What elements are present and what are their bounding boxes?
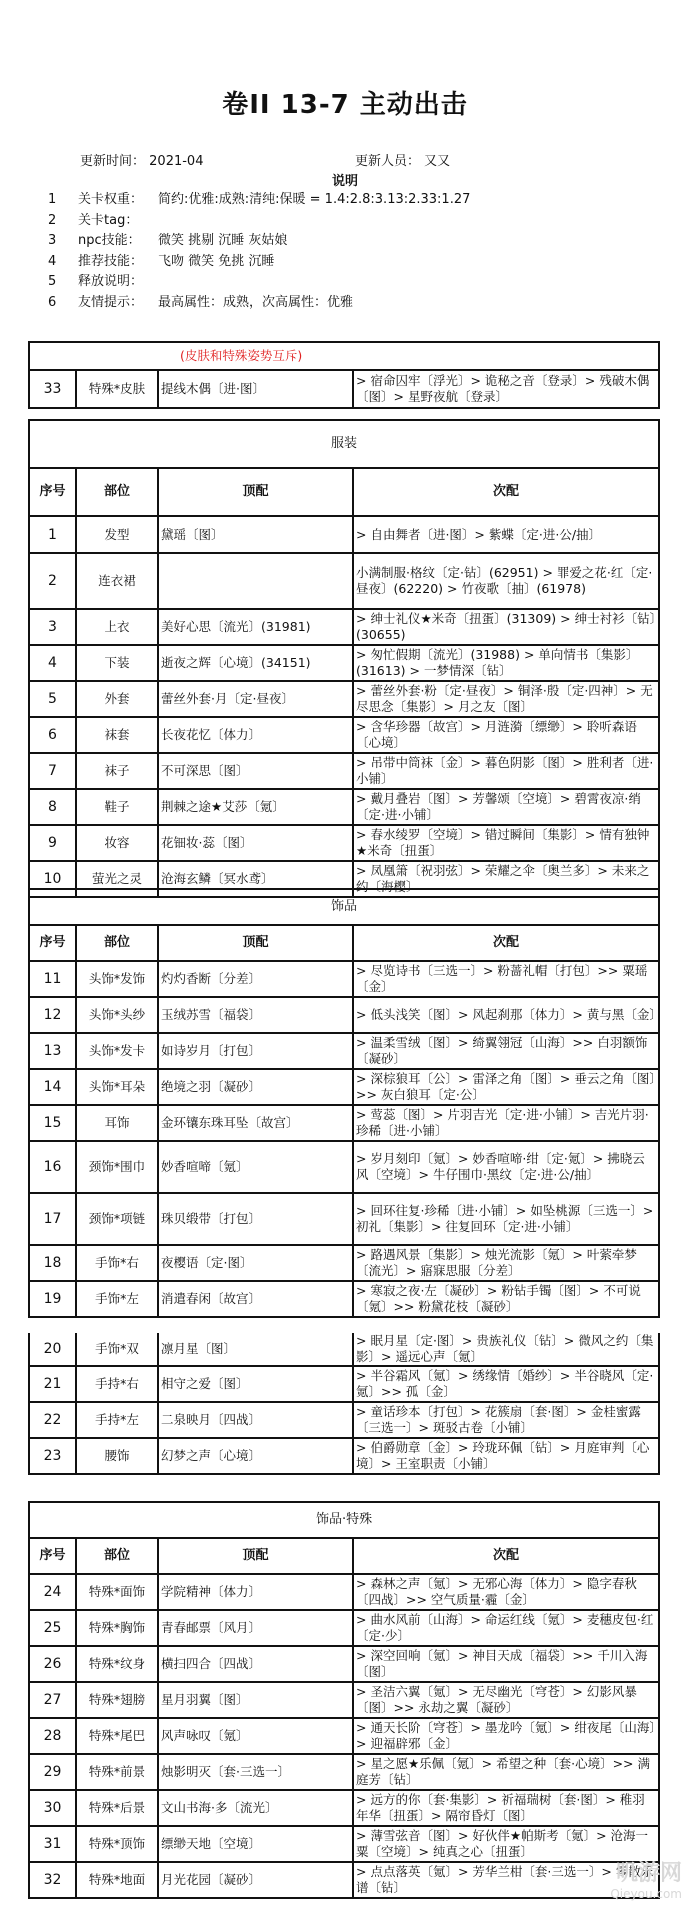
section-title-row: 饰品·特殊 — [29, 1502, 659, 1538]
header-row: 序号 部位 顶配 次配 — [29, 1538, 659, 1574]
row-top: 夜樱语〔定·图〕 — [158, 1245, 353, 1281]
row-part: 头饰*头纱 — [76, 997, 158, 1033]
section-title: 服装 — [29, 420, 659, 468]
row-top: 消遣春闲〔故宫〕 — [158, 1281, 353, 1317]
row-sub: > 曲水风前〔山海〕> 命运红线〔氪〕> 麦穗皮包·红〔定·少〕 — [353, 1610, 659, 1646]
row-num: 22 — [29, 1402, 76, 1438]
table-row: 2连衣裙小满制服·格纹〔定·钻〕(62951) > 罪爱之花·红〔定·昼夜〕(6… — [29, 553, 659, 609]
table-row: 25特殊*胸饰青春邮票〔风月〕> 曲水风前〔山海〕> 命运红线〔氪〕> 麦穗皮包… — [29, 1610, 659, 1646]
row-sub: > 岁月刻印〔氪〕> 妙香喧啼·绀〔定·氪〕> 拂晓云风〔空境〕> 牛仔围巾·黑… — [353, 1141, 659, 1193]
row-num: 19 — [29, 1281, 76, 1317]
row-num: 32 — [29, 1862, 76, 1898]
row-top: 相守之爱〔图〕 — [158, 1366, 353, 1402]
row-sub: > 深空回响〔氪〕> 神目天成〔福袋〕>> 千川入海〔图〕 — [353, 1646, 659, 1682]
row-sub: > 绅士礼仪★米奇〔扭蛋〕(31309) > 绅士衬衫〔钻〕(30655) — [353, 609, 659, 645]
clothing-table: 服装 序号 部位 顶配 次配 1发型黛瑶〔图〕> 自由舞者〔进·图〕> 紫蝶〔定… — [28, 419, 660, 898]
row-sub: > 回环往复·珍稀〔进·小铺〕> 如坠桃源〔三选一〕> 初礼〔集影〕> 往复回环… — [353, 1193, 659, 1245]
row-top: 如诗岁月〔打包〕 — [158, 1033, 353, 1069]
row-sub: > 尽览诗书〔三选一〕> 粉蔷礼帽〔打包〕>> 粟瑶〔金〕 — [353, 961, 659, 997]
col-header-num: 序号 — [29, 925, 76, 961]
row-part: 头饰*耳朵 — [76, 1069, 158, 1105]
notes-list: 1关卡权重：简约:优雅:成熟:清纯:保暖 = 1.4:2.8:3.13:2.33… — [40, 190, 470, 313]
row-top: 提线木偶〔进·图〕 — [158, 370, 353, 408]
note-value: 简约:优雅:成熟:清纯:保暖 = 1.4:2.8:3.13:2.33:1.27 — [158, 190, 470, 211]
accessories-table: 饰品 序号 部位 顶配 次配 11头饰*发饰灼灼香断〔分差〕> 尽览诗书〔三选一… — [28, 888, 660, 1318]
watermark-sub: Qieyou.com — [562, 1887, 682, 1901]
section-title-row: 服装 — [29, 420, 659, 468]
row-top: 长夜花忆〔体力〕 — [158, 717, 353, 753]
row-top: 月光花园〔凝砂〕 — [158, 1862, 353, 1898]
row-part: 特殊*翅膀 — [76, 1682, 158, 1718]
note-item: 6友情提示：最高属性：成熟，次高属性：优雅 — [40, 293, 470, 314]
row-num: 16 — [29, 1141, 76, 1193]
note-item: 2关卡tag： — [40, 211, 470, 232]
note-label: 关卡tag： — [78, 211, 158, 232]
note-num: 1 — [40, 190, 78, 211]
row-top: 黛瑶〔图〕 — [158, 516, 353, 553]
note-label: 友情提示： — [78, 293, 158, 314]
row-sub: > 温柔雪绒〔图〕> 绮翼翎冠〔山海〕>> 白羽额饰〔凝砂〕 — [353, 1033, 659, 1069]
row-top: 二泉映月〔四战〕 — [158, 1402, 353, 1438]
row-num: 24 — [29, 1574, 76, 1610]
col-header-sub: 次配 — [353, 1538, 659, 1574]
table-row: 9妆容花钿妆·蕊〔图〕> 春水绫罗〔空境〕> 错过瞬间〔集影〕> 情有独钟★米奇… — [29, 825, 659, 861]
row-part: 特殊*后景 — [76, 1790, 158, 1826]
row-part: 鞋子 — [76, 789, 158, 825]
row-part: 手持*右 — [76, 1366, 158, 1402]
note-num: 3 — [40, 231, 78, 252]
row-sub: 小满制服·格纹〔定·钻〕(62951) > 罪爱之花·红〔定·昼夜〕(62220… — [353, 553, 659, 609]
row-sub: > 通天长阶〔穹苍〕> 墨龙吟〔氪〕> 绀夜尾〔山海〕> 迎福辟邪〔金〕 — [353, 1718, 659, 1754]
row-top: 文山书海·多〔流光〕 — [158, 1790, 353, 1826]
row-part: 手饰*右 — [76, 1245, 158, 1281]
col-header-num: 序号 — [29, 468, 76, 516]
row-part: 外套 — [76, 681, 158, 717]
note-num: 2 — [40, 211, 78, 232]
row-num: 4 — [29, 645, 76, 681]
row-part: 特殊*面饰 — [76, 1574, 158, 1610]
note-value: 飞吻 微笑 免挑 沉睡 — [158, 252, 274, 273]
table-row: 8鞋子荆棘之途★艾莎〔氪〕> 戴月叠岩〔图〕> 芳馨颂〔空境〕> 碧霄夜凉·绡〔… — [29, 789, 659, 825]
row-part: 发型 — [76, 516, 158, 553]
row-part: 连衣裙 — [76, 553, 158, 609]
row-part: 袜子 — [76, 753, 158, 789]
row-part: 特殊*顶饰 — [76, 1826, 158, 1862]
table-row: 1发型黛瑶〔图〕> 自由舞者〔进·图〕> 紫蝶〔定·进·公/抽〕 — [29, 516, 659, 553]
row-top: 凛月星〔图〕 — [158, 1333, 353, 1366]
section-title: 饰品 — [29, 889, 659, 925]
row-top: 妙香喧啼〔氪〕 — [158, 1141, 353, 1193]
table-row: 26特殊*纹身横扫四合〔四战〕> 深空回响〔氪〕> 神目天成〔福袋〕>> 千川入… — [29, 1646, 659, 1682]
col-header-top: 顶配 — [158, 925, 353, 961]
row-part: 头饰*发饰 — [76, 961, 158, 997]
row-top: 绝境之羽〔凝砂〕 — [158, 1069, 353, 1105]
note-value: 微笑 挑剔 沉睡 灰姑娘 — [158, 231, 287, 252]
row-sub: > 自由舞者〔进·图〕> 紫蝶〔定·进·公/抽〕 — [353, 516, 659, 553]
skin-table: (皮肤和特殊姿势互斥) 33 特殊*皮肤 提线木偶〔进·图〕 > 宿命囚牢〔浮光… — [28, 341, 660, 409]
table-row: 13头饰*发卡如诗岁月〔打包〕> 温柔雪绒〔图〕> 绮翼翎冠〔山海〕>> 白羽额… — [29, 1033, 659, 1069]
note-item: 4推荐技能：飞吻 微笑 免挑 沉睡 — [40, 252, 470, 273]
row-sub: > 蕾丝外套·粉〔定·昼夜〕> 铜泽·殷〔定·四神〕> 无尽思念〔集影〕> 月之… — [353, 681, 659, 717]
row-sub: > 星之愿★乐佩〔氪〕> 希望之种〔套·心境〕>> 满庭芳〔钻〕 — [353, 1754, 659, 1790]
row-part: 手持*左 — [76, 1402, 158, 1438]
row-num: 25 — [29, 1610, 76, 1646]
row-sub: > 寒寂之夜·左〔凝砂〕> 粉钻手镯〔图〕> 不可说〔氪〕>> 粉黛花枝〔凝砂〕 — [353, 1281, 659, 1317]
skin-exclusive-note: (皮肤和特殊姿势互斥) — [29, 342, 659, 370]
row-num: 11 — [29, 961, 76, 997]
row-num: 33 — [29, 370, 76, 408]
row-part: 特殊*前景 — [76, 1754, 158, 1790]
col-header-top: 顶配 — [158, 468, 353, 516]
row-part: 腰饰 — [76, 1438, 158, 1474]
row-part: 特殊*尾巴 — [76, 1718, 158, 1754]
row-sub: > 莺蕊〔图〕> 片羽吉光〔定·进·小铺〕> 吉光片羽·珍稀〔进·小铺〕 — [353, 1105, 659, 1141]
table-row: 3上衣美好心思〔流光〕(31981)> 绅士礼仪★米奇〔扭蛋〕(31309) >… — [29, 609, 659, 645]
row-top — [158, 553, 353, 609]
updater: 更新人员： 又又 — [355, 150, 450, 169]
row-sub: > 路遇风景〔集影〕> 烛光流影〔氪〕> 叶萦牵梦〔流光〕> 寤寐思服〔分差〕 — [353, 1245, 659, 1281]
note-item: 3npc技能：微笑 挑剔 沉睡 灰姑娘 — [40, 231, 470, 252]
row-top: 玉绒苏雪〔福袋〕 — [158, 997, 353, 1033]
row-sub: > 含华珍器〔故宫〕> 月涟漪〔缥缈〕> 聆听森语〔心境〕 — [353, 717, 659, 753]
table-row: 29特殊*前景烛影明灭〔套·三选一〕> 星之愿★乐佩〔氪〕> 希望之种〔套·心境… — [29, 1754, 659, 1790]
row-part: 手饰*左 — [76, 1281, 158, 1317]
row-part: 颈饰*项链 — [76, 1193, 158, 1245]
col-header-part: 部位 — [76, 1538, 158, 1574]
table-row: 5外套蕾丝外套·月〔定·昼夜〕> 蕾丝外套·粉〔定·昼夜〕> 铜泽·殷〔定·四神… — [29, 681, 659, 717]
row-part: 特殊*胸饰 — [76, 1610, 158, 1646]
row-num: 21 — [29, 1366, 76, 1402]
header-row: 序号 部位 顶配 次配 — [29, 925, 659, 961]
row-num: 3 — [29, 609, 76, 645]
table-row: 6袜套长夜花忆〔体力〕> 含华珍器〔故宫〕> 月涟漪〔缥缈〕> 聆听森语〔心境〕 — [29, 717, 659, 753]
site-watermark: 叽游网 Qieyou.com — [562, 1856, 682, 1916]
table-row: 12头饰*头纱玉绒苏雪〔福袋〕> 低头浅笑〔图〕> 风起刹那〔体力〕> 黄与黑〔… — [29, 997, 659, 1033]
row-top: 珠贝缎带〔打包〕 — [158, 1193, 353, 1245]
row-num: 14 — [29, 1069, 76, 1105]
row-part: 特殊*皮肤 — [76, 370, 158, 408]
col-header-top: 顶配 — [158, 1538, 353, 1574]
row-num: 1 — [29, 516, 76, 553]
table-row: 21手持*右相守之爱〔图〕> 半谷霜风〔氪〕> 绣缘情〔婚纱〕> 半谷晓风〔定·… — [29, 1366, 659, 1402]
row-num: 17 — [29, 1193, 76, 1245]
row-part: 手饰*双 — [76, 1333, 158, 1366]
row-part: 上衣 — [76, 609, 158, 645]
table-row: 14头饰*耳朵绝境之羽〔凝砂〕> 深棕狼耳〔公〕> 雷泽之角〔图〕> 垂云之角〔… — [29, 1069, 659, 1105]
row-part: 特殊*地面 — [76, 1862, 158, 1898]
row-top: 蕾丝外套·月〔定·昼夜〕 — [158, 681, 353, 717]
table-row: 18手饰*右夜樱语〔定·图〕> 路遇风景〔集影〕> 烛光流影〔氪〕> 叶萦牵梦〔… — [29, 1245, 659, 1281]
row-num: 28 — [29, 1718, 76, 1754]
col-header-sub: 次配 — [353, 925, 659, 961]
table-row: 19手饰*左消遣春闲〔故宫〕> 寒寂之夜·左〔凝砂〕> 粉钻手镯〔图〕> 不可说… — [29, 1281, 659, 1317]
row-num: 20 — [29, 1333, 76, 1366]
table-row: 22手持*左二泉映月〔四战〕> 童话珍本〔打包〕> 花簇扇〔套·图〕> 金桂蜜露… — [29, 1402, 659, 1438]
row-part: 头饰*发卡 — [76, 1033, 158, 1069]
table-row: 23腰饰幻梦之声〔心境〕> 伯爵勋章〔金〕> 玲珑环佩〔钻〕> 月庭审判〔心境〕… — [29, 1438, 659, 1474]
row-part: 颈饰*围巾 — [76, 1141, 158, 1193]
row-sub: > 童话珍本〔打包〕> 花簇扇〔套·图〕> 金桂蜜露〔三选一〕> 斑驳古卷〔小铺… — [353, 1402, 659, 1438]
row-num: 29 — [29, 1754, 76, 1790]
row-num: 13 — [29, 1033, 76, 1069]
row-sub: > 森林之声〔氪〕> 无邪心海〔体力〕> 隐字春秋〔四战〕>> 空气质量·霾〔金… — [353, 1574, 659, 1610]
note-num: 4 — [40, 252, 78, 273]
row-top: 青春邮票〔风月〕 — [158, 1610, 353, 1646]
row-part: 下装 — [76, 645, 158, 681]
update-time-label: 更新时间： — [80, 154, 145, 169]
note-num: 6 — [40, 293, 78, 314]
row-num: 26 — [29, 1646, 76, 1682]
row-part: 妆容 — [76, 825, 158, 861]
row-top: 风声咏叹〔氪〕 — [158, 1718, 353, 1754]
row-sub: > 远方的你〔套·集影〕> 祈福瑞树〔套·图〕> 稚羽年华〔扭蛋〕> 隔帘昏灯〔… — [353, 1790, 659, 1826]
update-time-value: 2021-04 — [149, 154, 203, 169]
watermark-main: 叽游网 — [616, 1861, 682, 1886]
col-header-num: 序号 — [29, 1538, 76, 1574]
row-sub: > 宿命囚牢〔浮光〕> 诡秘之音〔登录〕> 残破木偶〔图〕> 星野夜航〔登录〕 — [353, 370, 659, 408]
row-top: 星月羽翼〔图〕 — [158, 1682, 353, 1718]
table-row: 20手饰*双凛月星〔图〕> 眠月星〔定·图〕> 贵族礼仪〔钻〕> 微风之约〔集影… — [29, 1333, 659, 1366]
row-num: 18 — [29, 1245, 76, 1281]
note-item: 1关卡权重：简约:优雅:成熟:清纯:保暖 = 1.4:2.8:3.13:2.33… — [40, 190, 470, 211]
row-top: 学院精神〔体力〕 — [158, 1574, 353, 1610]
table-row: 28特殊*尾巴风声咏叹〔氪〕> 通天长阶〔穹苍〕> 墨龙吟〔氪〕> 绀夜尾〔山海… — [29, 1718, 659, 1754]
row-num: 2 — [29, 553, 76, 609]
section-title-row: 饰品 — [29, 889, 659, 925]
row-top: 金环镶东珠耳坠〔故宫〕 — [158, 1105, 353, 1141]
section-title: 饰品·特殊 — [29, 1502, 659, 1538]
col-header-part: 部位 — [76, 468, 158, 516]
row-top: 美好心思〔流光〕(31981) — [158, 609, 353, 645]
row-top: 逝夜之辉〔心境〕(34151) — [158, 645, 353, 681]
table-row: 27特殊*翅膀星月羽翼〔图〕> 圣洁六翼〔氪〕> 无尽幽光〔穹苍〕> 幻影风暴〔… — [29, 1682, 659, 1718]
note-label: 推荐技能： — [78, 252, 158, 273]
note-item: 5释放说明： — [40, 272, 470, 293]
row-top: 烛影明灭〔套·三选一〕 — [158, 1754, 353, 1790]
note-label: 释放说明： — [78, 272, 158, 293]
row-sub: > 吊带中筒袜〔金〕> 暮色阴影〔图〕> 胜利者〔进·小铺〕 — [353, 753, 659, 789]
note-num: 5 — [40, 272, 78, 293]
skin-note-row: (皮肤和特殊姿势互斥) — [29, 342, 659, 370]
updater-value: 又又 — [424, 154, 450, 169]
table-row: 11头饰*发饰灼灼香断〔分差〕> 尽览诗书〔三选一〕> 粉蔷礼帽〔打包〕>> 粟… — [29, 961, 659, 997]
row-top: 花钿妆·蕊〔图〕 — [158, 825, 353, 861]
row-sub: > 伯爵勋章〔金〕> 玲珑环佩〔钻〕> 月庭审判〔心境〕> 王室职责〔小铺〕 — [353, 1438, 659, 1474]
note-value: 最高属性：成熟，次高属性：优雅 — [158, 293, 353, 314]
row-sub: > 深棕狼耳〔公〕> 雷泽之角〔图〕> 垂云之角〔图〕>> 灰白狼耳〔定·公〕 — [353, 1069, 659, 1105]
table-row: 4下装逝夜之辉〔心境〕(34151)> 匆忙假期〔流光〕(31988) > 单向… — [29, 645, 659, 681]
row-sub: > 低头浅笑〔图〕> 风起刹那〔体力〕> 黄与黑〔金〕 — [353, 997, 659, 1033]
note-label: 关卡权重： — [78, 190, 158, 211]
row-part: 耳饰 — [76, 1105, 158, 1141]
row-top: 荆棘之途★艾莎〔氪〕 — [158, 789, 353, 825]
notes-heading: 说明 — [0, 170, 690, 189]
table-row: 16颈饰*围巾妙香喧啼〔氪〕> 岁月刻印〔氪〕> 妙香喧啼·绀〔定·氪〕> 拂晓… — [29, 1141, 659, 1193]
row-sub: > 春水绫罗〔空境〕> 错过瞬间〔集影〕> 情有独钟★米奇〔扭蛋〕 — [353, 825, 659, 861]
row-top: 不可深思〔图〕 — [158, 753, 353, 789]
row-sub: > 戴月叠岩〔图〕> 芳馨颂〔空境〕> 碧霄夜凉·绡〔定·进·小铺〕 — [353, 789, 659, 825]
row-num: 23 — [29, 1438, 76, 1474]
row-top: 灼灼香断〔分差〕 — [158, 961, 353, 997]
row-num: 31 — [29, 1826, 76, 1862]
row-top: 横扫四合〔四战〕 — [158, 1646, 353, 1682]
row-num: 8 — [29, 789, 76, 825]
table-row: 15耳饰金环镶东珠耳坠〔故宫〕> 莺蕊〔图〕> 片羽吉光〔定·进·小铺〕> 吉光… — [29, 1105, 659, 1141]
row-top: 幻梦之声〔心境〕 — [158, 1438, 353, 1474]
row-part: 特殊*纹身 — [76, 1646, 158, 1682]
table-row: 7袜子不可深思〔图〕> 吊带中筒袜〔金〕> 暮色阴影〔图〕> 胜利者〔进·小铺〕 — [29, 753, 659, 789]
row-num: 9 — [29, 825, 76, 861]
table-row: 33 特殊*皮肤 提线木偶〔进·图〕 > 宿命囚牢〔浮光〕> 诡秘之音〔登录〕>… — [29, 370, 659, 408]
page-title: 卷II 13-7 主动出击 — [0, 84, 690, 121]
special-accessories-table: 饰品·特殊 序号 部位 顶配 次配 24特殊*面饰学院精神〔体力〕> 森林之声〔… — [28, 1501, 660, 1899]
update-time: 更新时间： 2021-04 — [80, 150, 203, 169]
updater-label: 更新人员： — [355, 154, 420, 169]
row-num: 7 — [29, 753, 76, 789]
row-num: 30 — [29, 1790, 76, 1826]
table-row: 24特殊*面饰学院精神〔体力〕> 森林之声〔氪〕> 无邪心海〔体力〕> 隐字春秋… — [29, 1574, 659, 1610]
table-row: 17颈饰*项链珠贝缎带〔打包〕> 回环往复·珍稀〔进·小铺〕> 如坠桃源〔三选一… — [29, 1193, 659, 1245]
row-num: 15 — [29, 1105, 76, 1141]
col-header-sub: 次配 — [353, 468, 659, 516]
row-part: 袜套 — [76, 717, 158, 753]
row-sub: > 匆忙假期〔流光〕(31988) > 单向情书〔集影〕(31613) > 一梦… — [353, 645, 659, 681]
accessories-continued-table: 20手饰*双凛月星〔图〕> 眠月星〔定·图〕> 贵族礼仪〔钻〕> 微风之约〔集影… — [28, 1333, 660, 1475]
row-num: 6 — [29, 717, 76, 753]
note-label: npc技能： — [78, 231, 158, 252]
row-sub: > 半谷霜风〔氪〕> 绣缘情〔婚纱〕> 半谷晓风〔定·氪〕>> 孤〔金〕 — [353, 1366, 659, 1402]
header-row: 序号 部位 顶配 次配 — [29, 468, 659, 516]
row-top: 缥缈天地〔空境〕 — [158, 1826, 353, 1862]
table-row: 30特殊*后景文山书海·多〔流光〕> 远方的你〔套·集影〕> 祈福瑞树〔套·图〕… — [29, 1790, 659, 1826]
row-num: 5 — [29, 681, 76, 717]
col-header-part: 部位 — [76, 925, 158, 961]
row-sub: > 圣洁六翼〔氪〕> 无尽幽光〔穹苍〕> 幻影风暴〔图〕>> 永劫之翼〔凝砂〕 — [353, 1682, 659, 1718]
row-sub: > 眠月星〔定·图〕> 贵族礼仪〔钻〕> 微风之约〔集影〕> 遥远心声〔氪〕 — [353, 1333, 659, 1366]
row-num: 12 — [29, 997, 76, 1033]
row-num: 27 — [29, 1682, 76, 1718]
